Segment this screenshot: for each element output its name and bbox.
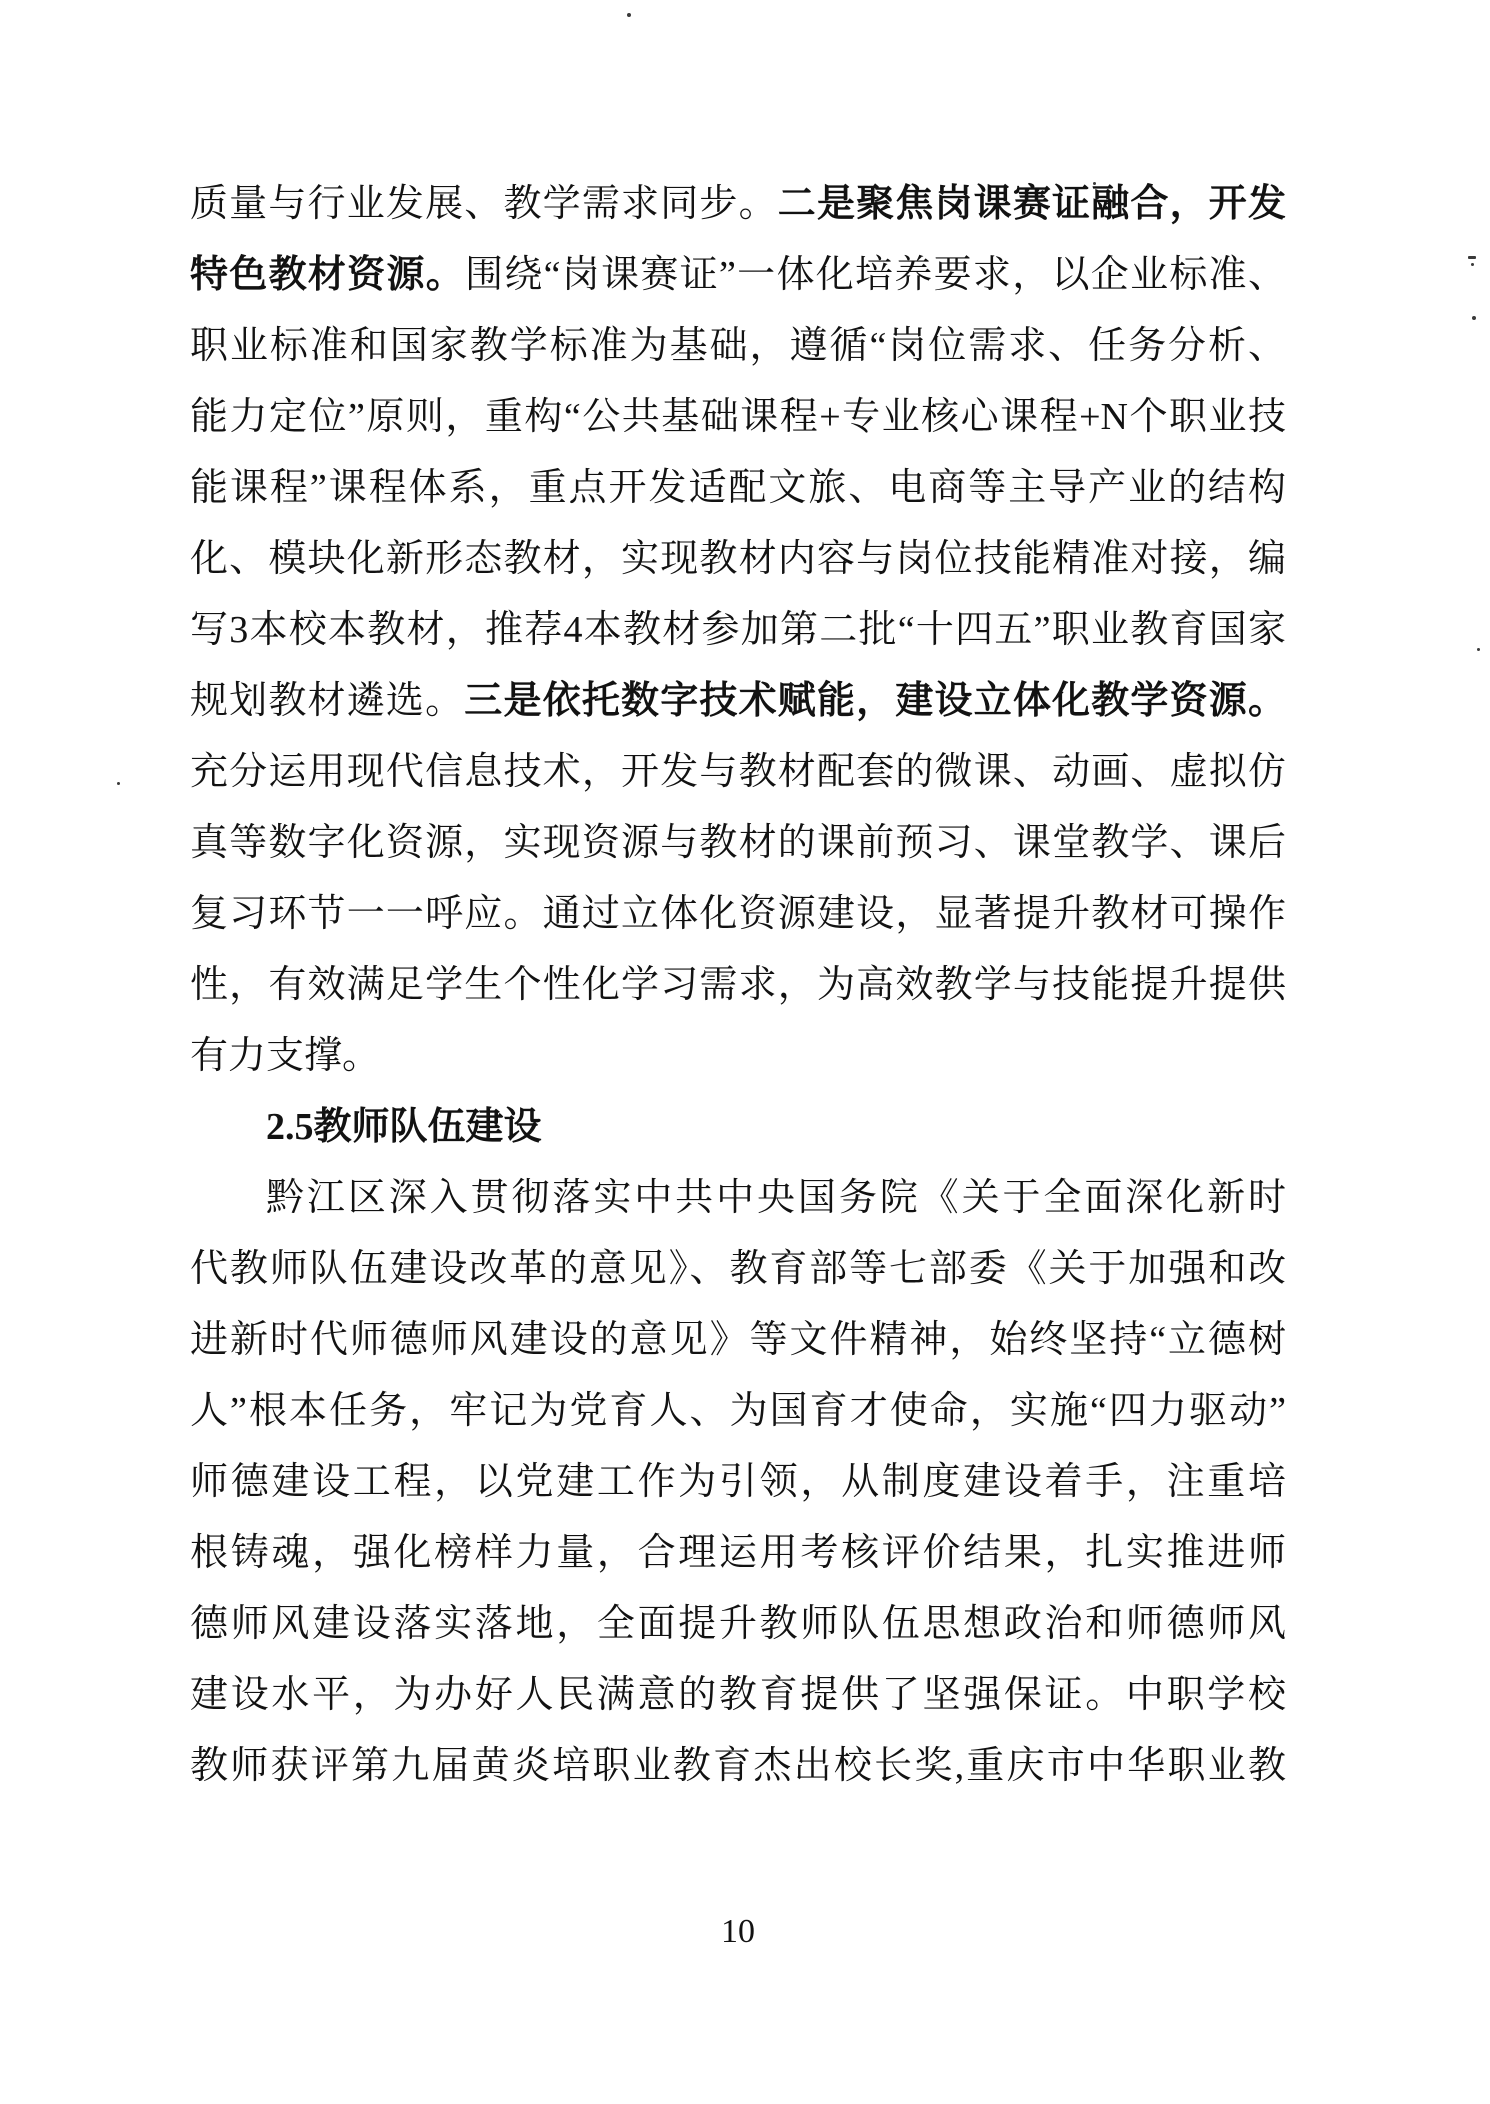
scan-speck [627, 13, 631, 17]
text-segment: 教师获评第九届黄炎培职业教育杰出校长奖,重庆市中华职业教 [190, 1745, 1286, 1787]
body-line-2: 特色教材资源。围绕“岗课赛证”一体化培养要求，以企业标准、 [190, 240, 1286, 311]
body-line-21: 建设水平，为办好人民满意的教育提供了坚强保证。中职学校 [190, 1660, 1286, 1731]
text-segment: 职业标准和国家教学标准为基础，遵循“岗位需求、任务分析、 [190, 325, 1286, 367]
text-segment: 能力定位”原则，重构“公共基础课程+专业核心课程+N个职业技 [190, 396, 1286, 438]
text-segment: 建设水平，为办好人民满意的教育提供了坚强保证。中职学校 [190, 1674, 1286, 1716]
scan-speck [1468, 256, 1476, 259]
text-segment: 代教师队伍建设改革的意见》、教育部等七部委《关于加强和改 [190, 1248, 1286, 1290]
scan-speck [117, 782, 120, 785]
body-line-18: 师德建设工程，以党建工作为引领，从制度建设着手，注重培 [190, 1447, 1286, 1518]
body-line-9: 充分运用现代信息技术，开发与教材配套的微课、动画、虚拟仿 [190, 737, 1286, 808]
scan-speck [1477, 648, 1480, 651]
text-segment: 规划教材遴选。 [190, 680, 464, 722]
text-segment: 写3本校本教材，推荐4本教材参加第二批“十四五”职业教育国家 [190, 609, 1286, 651]
text-segment: 人”根本任务，牢记为党育人、为国育才使命，实施“四力驱动” [190, 1390, 1286, 1432]
body-line-22: 教师获评第九届黄炎培职业教育杰出校长奖,重庆市中华职业教 [190, 1731, 1286, 1802]
text-segment: 化、模块化新形态教材，实现教材内容与岗位技能精准对接，编 [190, 538, 1286, 580]
text-segment: 进新时代师德师风建设的意见》等文件精神，始终坚持“立德树 [190, 1319, 1286, 1361]
body-line-5: 能课程”课程体系，重点开发适配文旅、电商等主导产业的结构 [190, 453, 1286, 524]
text-segment: 性，有效满足学生个性化学习需求，为高效教学与技能提升提供 [190, 964, 1286, 1006]
body-line-19: 根铸魂，强化榜样力量，合理运用考核评价结果，扎实推进师 [190, 1518, 1286, 1589]
bold-text-segment: 特色教材资源。 [190, 254, 465, 296]
body-line-16: 进新时代师德师风建设的意见》等文件精神，始终坚持“立德树 [190, 1305, 1286, 1376]
bold-text-segment: 二是聚焦岗课赛证融合，开发 [778, 183, 1286, 225]
body-line-13: 有力支撑。 [190, 1021, 1286, 1092]
scan-speck [1471, 263, 1474, 266]
body-line-10: 真等数字化资源，实现资源与教材的课前预习、课堂教学、课后 [190, 808, 1286, 879]
text-segment: 德师风建设落实落地，全面提升教师队伍思想政治和师德师风 [190, 1603, 1286, 1645]
text-block: 质量与行业发展、教学需求同步。二是聚焦岗课赛证融合，开发特色教材资源。围绕“岗课… [190, 169, 1286, 1802]
text-segment: 质量与行业发展、教学需求同步。 [190, 183, 778, 225]
body-line-11: 复习环节一一呼应。通过立体化资源建设，显著提升教材可操作 [190, 879, 1286, 950]
text-segment: 根铸魂，强化榜样力量，合理运用考核评价结果，扎实推进师 [190, 1532, 1286, 1574]
text-segment: 师德建设工程，以党建工作为引领，从制度建设着手，注重培 [190, 1461, 1286, 1503]
body-line-14: 黔江区深入贯彻落实中共中央国务院《关于全面深化新时 [190, 1163, 1286, 1234]
body-line-7: 写3本校本教材，推荐4本教材参加第二批“十四五”职业教育国家 [190, 595, 1286, 666]
body-line-8: 规划教材遴选。三是依托数字技术赋能，建设立体化教学资源。 [190, 666, 1286, 737]
text-segment: 围绕“岗课赛证”一体化培养要求，以企业标准、 [465, 254, 1286, 296]
body-line-15: 代教师队伍建设改革的意见》、教育部等七部委《关于加强和改 [190, 1234, 1286, 1305]
body-line-12: 性，有效满足学生个性化学习需求，为高效教学与技能提升提供 [190, 950, 1286, 1021]
section-heading: 2.5教师队伍建设 [190, 1092, 1286, 1163]
text-segment: 黔江区深入贯彻落实中共中央国务院《关于全面深化新时 [266, 1177, 1286, 1219]
text-segment: 复习环节一一呼应。通过立体化资源建设，显著提升教材可操作 [190, 893, 1286, 935]
text-segment: 真等数字化资源，实现资源与教材的课前预习、课堂教学、课后 [190, 822, 1286, 864]
scan-speck [1472, 316, 1476, 320]
bold-text-segment: 2.5教师队伍建设 [266, 1106, 542, 1148]
text-segment: 能课程”课程体系，重点开发适配文旅、电商等主导产业的结构 [190, 467, 1286, 509]
page-number: 10 [190, 1912, 1286, 1952]
body-line-6: 化、模块化新形态教材，实现教材内容与岗位技能精准对接，编 [190, 524, 1286, 595]
bold-text-segment: 三是依托数字技术赋能，建设立体化教学资源。 [464, 680, 1286, 722]
document-page: 质量与行业发展、教学需求同步。二是聚焦岗课赛证融合，开发特色教材资源。围绕“岗课… [0, 0, 1490, 2104]
text-segment: 充分运用现代信息技术，开发与教材配套的微课、动画、虚拟仿 [190, 751, 1286, 793]
body-line-4: 能力定位”原则，重构“公共基础课程+专业核心课程+N个职业技 [190, 382, 1286, 453]
body-line-1: 质量与行业发展、教学需求同步。二是聚焦岗课赛证融合，开发 [190, 169, 1286, 240]
body-line-3: 职业标准和国家教学标准为基础，遵循“岗位需求、任务分析、 [190, 311, 1286, 382]
body-line-17: 人”根本任务，牢记为党育人、为国育才使命，实施“四力驱动” [190, 1376, 1286, 1447]
text-segment: 有力支撑。 [190, 1035, 380, 1077]
body-line-20: 德师风建设落实落地，全面提升教师队伍思想政治和师德师风 [190, 1589, 1286, 1660]
